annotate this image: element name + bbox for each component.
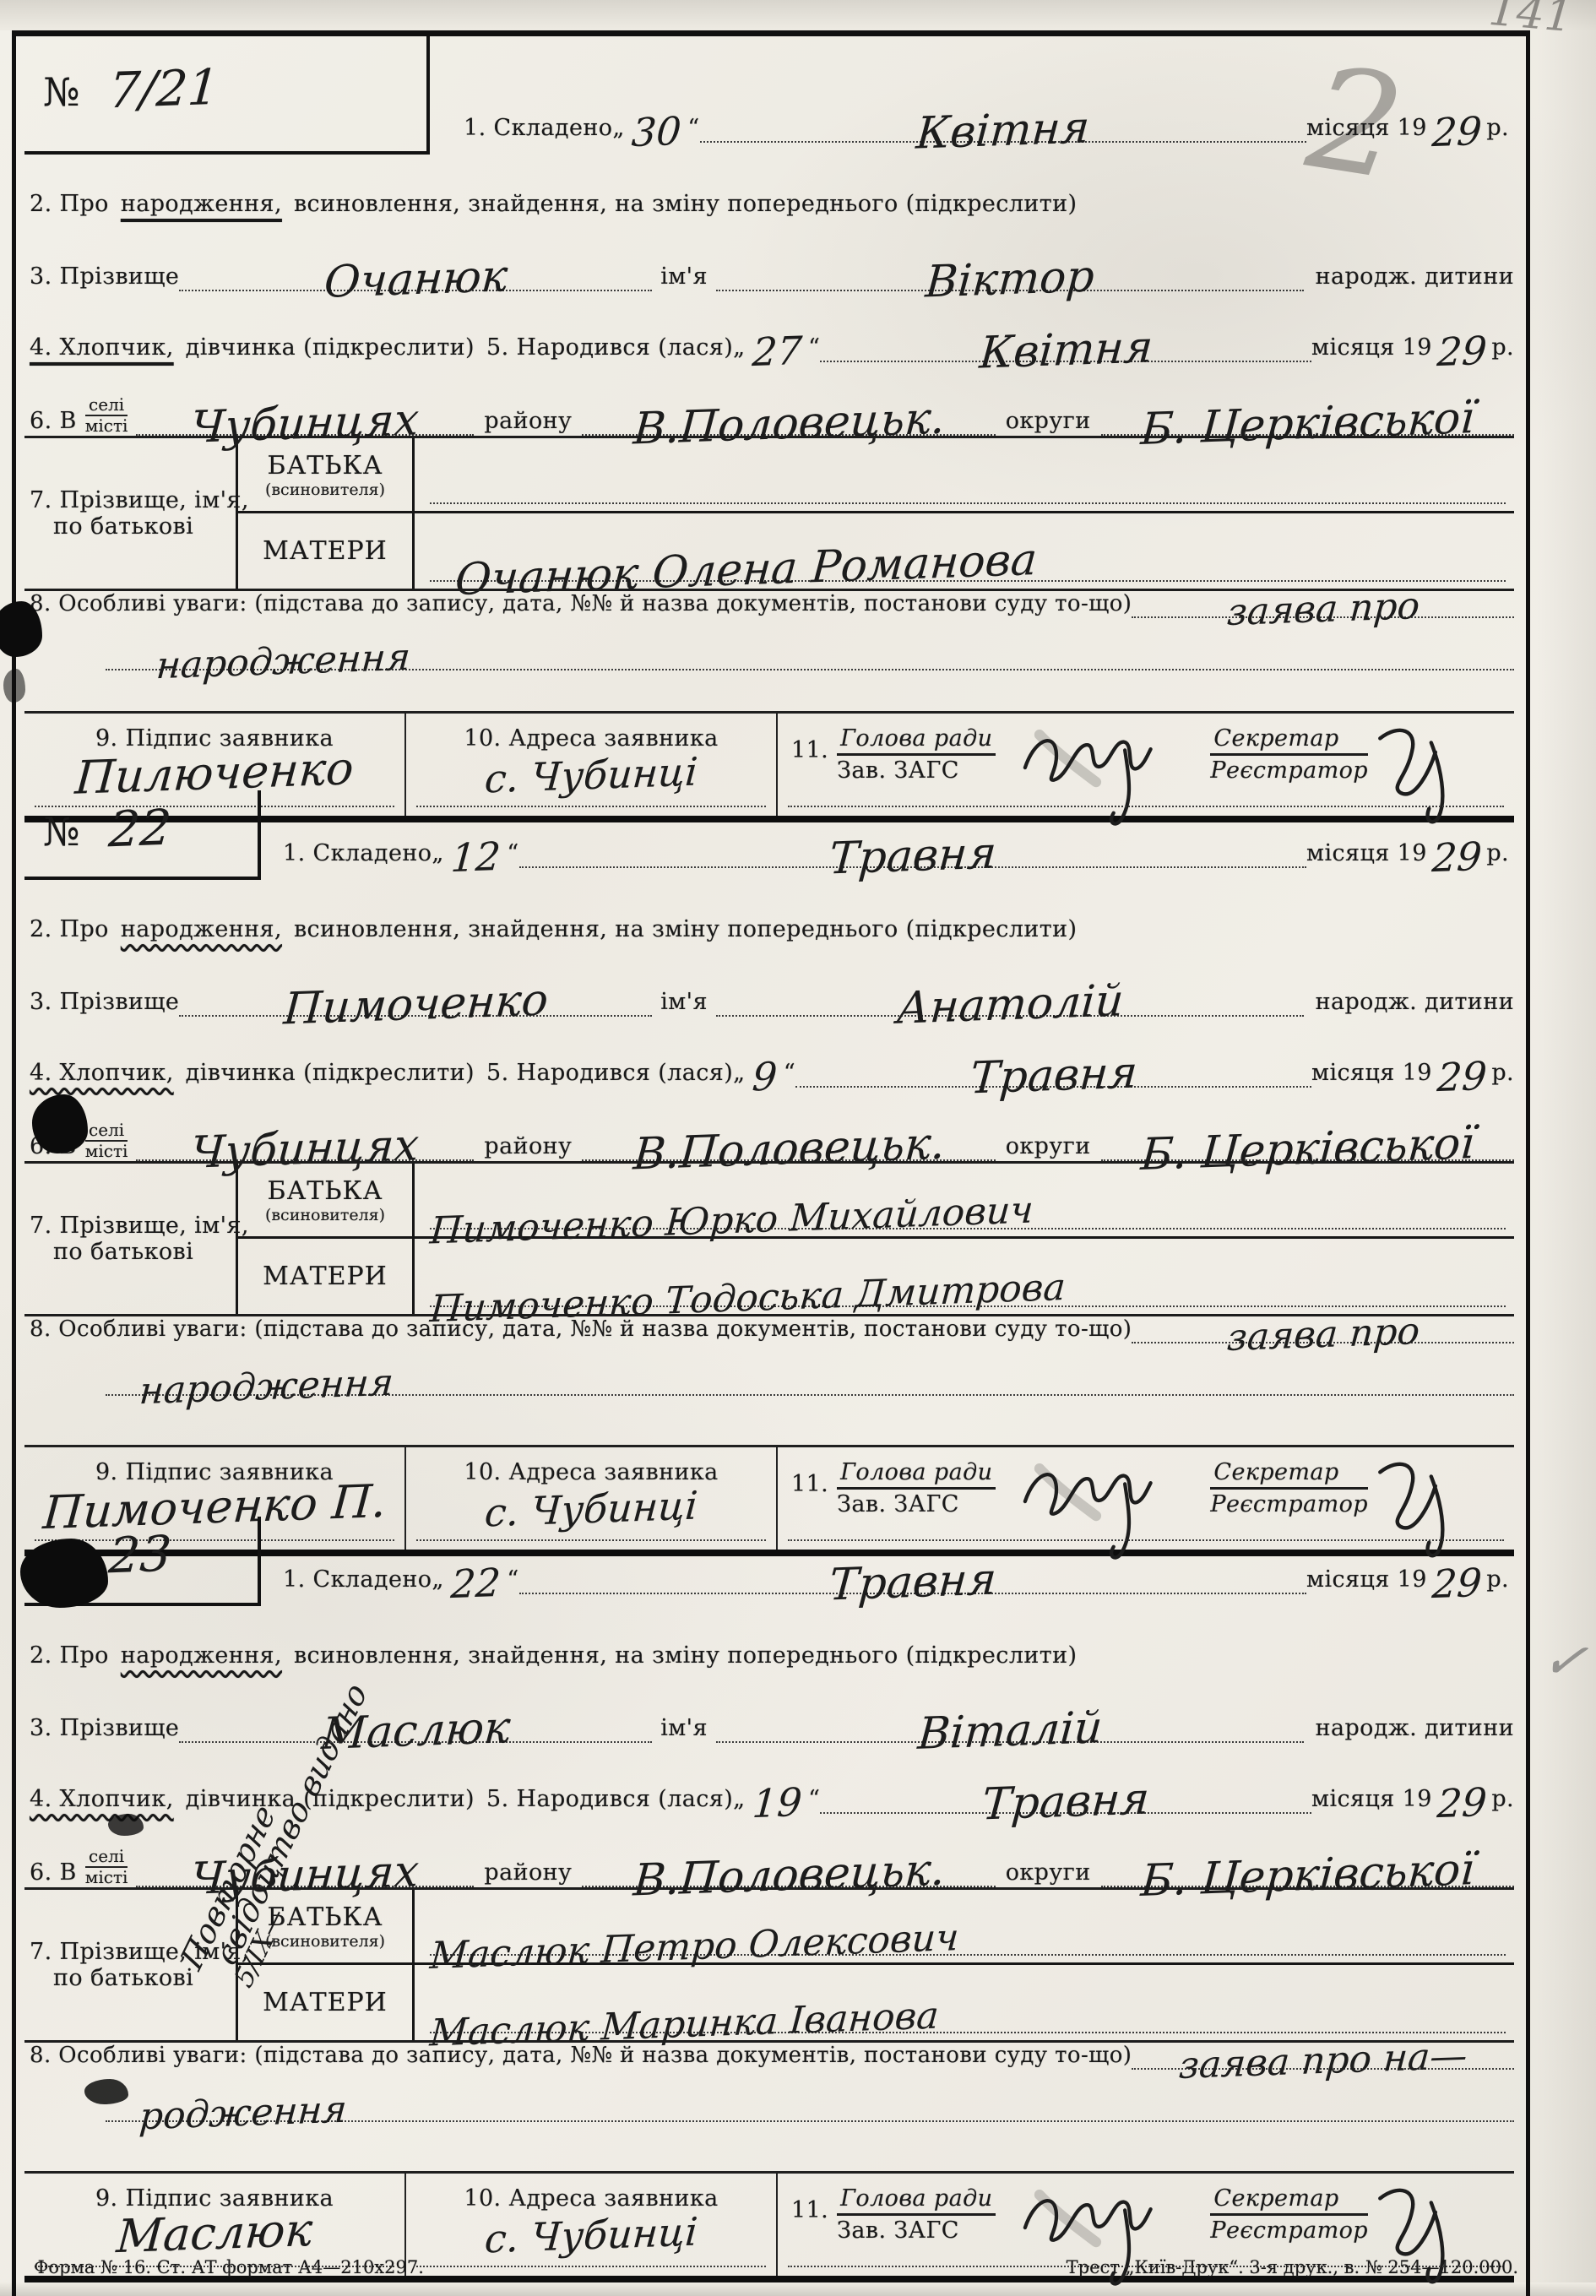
quote-close: “ xyxy=(784,1060,795,1088)
sex-birthdate-row: 4. Хлопчик, дівчинка (підкреслити) 5. На… xyxy=(24,291,1514,362)
record-type-row: 2. Про народження, всиновлення, знайденн… xyxy=(24,880,1514,944)
village-town-fraction: селі місті xyxy=(85,1121,128,1161)
record-number-value: 22 xyxy=(107,806,172,852)
record-1-header-row: № 7/21 1. Складено „ 30 “ Квітня місяця … xyxy=(24,36,1514,155)
girl-label: дівчинка (підкреслити) xyxy=(186,1786,475,1814)
remark-line2-fill: народження xyxy=(106,645,1514,670)
quote-close: “ xyxy=(687,115,699,143)
record-2: № 22 1. Складено „ 12 “ Травня місяця 19… xyxy=(24,790,1514,1517)
made-label: 1. Складено xyxy=(283,1566,432,1594)
year-r-label: р. xyxy=(1486,840,1509,868)
head-of-council-stack: Голова ради Зав. ЗАГС xyxy=(837,1459,996,1517)
month-19-label: місяця 19 xyxy=(1306,1566,1427,1594)
quote-open: „ xyxy=(432,840,443,868)
record-type-row: 2. Про народження, всиновлення, знайденн… xyxy=(24,1606,1514,1670)
row2-rest: всиновлення, знайдення, на зміну поперед… xyxy=(294,1642,1078,1670)
registrar-label: Реєстратор xyxy=(1210,1490,1368,1517)
town-word: місті xyxy=(85,1868,128,1887)
okruha-line: Б. Церківської xyxy=(1101,1130,1514,1161)
girl-label: дівчинка (підкреслити) xyxy=(186,1060,475,1088)
quote-open: „ xyxy=(733,1060,745,1088)
mother-line: Пимоченко Тодоська Дмитрова xyxy=(430,1282,1506,1307)
village-town-fraction: селі місті xyxy=(85,1847,128,1887)
surname-line: Маслюк xyxy=(179,1712,652,1743)
made-label: 1. Складено xyxy=(283,840,432,868)
place-row: 6. В селі місті Чубинцях району В.Полове… xyxy=(24,1088,1514,1164)
quote-open: „ xyxy=(612,115,624,143)
made-year-value: 29 xyxy=(1430,114,1482,151)
mother-word: МАТЕРИ xyxy=(263,536,388,566)
head-of-council-label: Голова ради xyxy=(837,2185,996,2216)
parents-label-line2: по батькові xyxy=(30,1239,236,1265)
applicant-address-value: с. Чубинці xyxy=(484,2215,699,2257)
row2-birth-underlined: народження, xyxy=(121,916,282,944)
father-word: БАТЬКА xyxy=(268,1176,383,1206)
registrar-label: Реєстратор xyxy=(1210,756,1368,784)
remark-line1-fill: заява про xyxy=(1132,1318,1514,1343)
parents-row: 7. Прізвище, ім'я, по батькові БАТЬКА (в… xyxy=(24,438,1514,591)
ink-blot xyxy=(20,1539,108,1608)
registrar-label: Реєстратор xyxy=(1210,2216,1368,2244)
ink-smudge xyxy=(108,1814,144,1836)
surname-label: 3. Прізвище xyxy=(30,989,179,1017)
month-19-label: місяця 19 xyxy=(1306,115,1427,143)
secretary-stack: Секретар Реєстратор xyxy=(1210,2185,1368,2244)
okruha-label: округи xyxy=(1006,1859,1091,1887)
born-month-line: Травня xyxy=(820,1783,1311,1814)
remark-line2-value: народження xyxy=(155,641,412,683)
number-sign: № xyxy=(43,809,80,855)
made-month-line: Квітня xyxy=(700,111,1307,143)
form-imprint: Форма № 16. Ст. АТ формат А4—210x297. Тр… xyxy=(12,2257,1530,2277)
remark-line1-fill: заява про на— xyxy=(1132,2044,1514,2070)
village-town-fraction: селі місті xyxy=(85,395,128,436)
zags-label: Зав. ЗАГС xyxy=(837,2216,996,2244)
year-r-label: р. xyxy=(1486,115,1509,143)
row2-pre: 2. Про xyxy=(30,916,109,944)
row2-pre: 2. Про xyxy=(30,191,109,219)
name-label: ім'я xyxy=(660,263,708,291)
village-word: селі xyxy=(85,395,128,416)
imprint-right: Трест „Київ-Друк“. 3-я друк., в. № 254—1… xyxy=(1067,2257,1518,2277)
mother-line: Очанюк Олена Романова xyxy=(430,551,1506,582)
place-row: 6. В селі місті Чубинцях району В.Полове… xyxy=(24,1814,1514,1890)
village-value: Чубинцях xyxy=(190,400,421,448)
mother-value-cell: Пимоченко Тодоська Дмитрова xyxy=(415,1239,1514,1314)
district-line: В.Половецьк. xyxy=(582,404,995,436)
name-label: ім'я xyxy=(660,989,708,1017)
okruha-label: округи xyxy=(1006,408,1091,436)
made-month-line: Травня xyxy=(519,1563,1307,1594)
made-month-value: Квітня xyxy=(915,109,1091,155)
village-word: селі xyxy=(85,1121,128,1142)
made-month-line: Травня xyxy=(519,837,1307,868)
made-year-value: 29 xyxy=(1430,1566,1482,1603)
quote-close: “ xyxy=(507,1566,518,1594)
born-month-line: Травня xyxy=(795,1056,1311,1088)
year-r-label: р. xyxy=(1491,334,1514,362)
child-label: народж. дитини xyxy=(1316,989,1514,1017)
row2-rest: всиновлення, знайдення, на зміну поперед… xyxy=(294,916,1078,944)
town-word: місті xyxy=(85,1142,128,1161)
month-19-label: місяця 19 xyxy=(1311,1786,1432,1814)
in-label: 6. В xyxy=(30,408,77,436)
head-of-council-stack: Голова ради Зав. ЗАГС xyxy=(837,2185,996,2244)
scan-edge-top xyxy=(0,0,1596,30)
date-made-line: 1. Складено „ 12 “ Травня місяця 19 29 р… xyxy=(261,790,1514,880)
father-line: Маслюк Петро Олексович xyxy=(430,1930,1506,1956)
parents-label-line1: 7. Прізвище, ім'я, xyxy=(30,1213,236,1239)
born-label: 5. Народився (лася) xyxy=(486,1786,733,1814)
secretary-stack: Секретар Реєстратор xyxy=(1210,1459,1368,1517)
father-line xyxy=(430,502,1506,504)
child-name-row: 3. Прізвище Маслюк ім'я Віталій народж. … xyxy=(24,1670,1514,1743)
remark-line1-value: заява про на— xyxy=(1178,2039,1468,2083)
ink-blot xyxy=(32,1094,88,1153)
parents-label: 7. Прізвище, ім'я, по батькові xyxy=(24,1164,236,1314)
secretary-label: Секретар xyxy=(1210,725,1368,756)
record-number-value: 23 xyxy=(107,1532,172,1578)
head-of-council-label: Голова ради xyxy=(837,725,996,756)
quote-close: “ xyxy=(808,1786,820,1814)
district-label: району xyxy=(484,1133,572,1161)
place-row: 6. В селі місті Чубинцях району В.Полове… xyxy=(24,362,1514,438)
applicant-address-label: 10. Адреса заявника xyxy=(464,2185,718,2212)
item-11-label: 11. xyxy=(791,1471,828,1497)
district-line: В.Половецьк. xyxy=(582,1130,995,1161)
village-line: Чубинцях xyxy=(136,1856,474,1887)
quote-open: „ xyxy=(432,1566,443,1594)
head-of-council-label: Голова ради xyxy=(837,1459,996,1490)
remarks-row: 8. Особливі уваги: (підстава до запису, … xyxy=(24,2043,1514,2171)
applicant-address-label: 10. Адреса заявника xyxy=(464,1459,718,1485)
surname-line: Очанюк xyxy=(179,260,652,291)
mother-value-cell: Очанюк Олена Романова xyxy=(415,513,1514,589)
remark-line1-value: заява про xyxy=(1225,589,1420,630)
remark-line2-fill: народження xyxy=(106,1371,1514,1396)
girl-label: дівчинка (підкреслити) xyxy=(186,334,475,362)
district-label: району xyxy=(484,1859,572,1887)
name-line: Анатолій xyxy=(716,985,1304,1017)
remarks-row: 8. Особливі уваги: (підстава до запису, … xyxy=(24,591,1514,711)
ink-smudge xyxy=(3,669,25,703)
mother-line: Маслюк Маринка Іванова xyxy=(430,2008,1506,2033)
remark-line2-value: народження xyxy=(138,1366,395,1409)
made-label: 1. Складено xyxy=(464,115,612,143)
imprint-left: Форма № 16. Ст. АТ формат А4—210x297. xyxy=(34,2257,424,2277)
name-label: ім'я xyxy=(660,1715,708,1743)
zags-label: Зав. ЗАГС xyxy=(837,1490,996,1517)
year-r-label: р. xyxy=(1486,1566,1509,1594)
form-frame: № 7/21 1. Складено „ 30 “ Квітня місяця … xyxy=(12,30,1530,2296)
child-label: народж. дитини xyxy=(1316,263,1514,291)
made-month-value: Травня xyxy=(828,1561,997,1606)
date-made-line: 1. Складено „ 22 “ Травня місяця 19 29 р… xyxy=(261,1517,1514,1606)
record-3-header-row: № 23 1. Складено „ 22 “ Травня місяця 19… xyxy=(24,1517,1514,1606)
born-label: 5. Народився (лася) xyxy=(486,334,733,362)
okruha-line: Б. Церківської xyxy=(1101,1856,1514,1887)
sex-birthdate-row: 4. Хлопчик, дівчинка (підкреслити) 5. На… xyxy=(24,1743,1514,1814)
village-value: Чубинцях xyxy=(190,1126,421,1173)
boy-label-underlined: 4. Хлопчик, xyxy=(30,1060,174,1088)
child-label: народж. дитини xyxy=(1316,1715,1514,1743)
remark-line1-value: заява про xyxy=(1225,1315,1420,1355)
record-1: № 7/21 1. Складено „ 30 “ Квітня місяця … xyxy=(24,36,1514,790)
record-number-value: 7/21 xyxy=(107,65,220,113)
month-19-label: місяця 19 xyxy=(1311,334,1432,362)
quote-open: „ xyxy=(733,334,745,362)
boy-label-underlined: 4. Хлопчик, xyxy=(30,1786,174,1814)
remarks-row: 8. Особливі уваги: (підстава до запису, … xyxy=(24,1316,1514,1445)
mother-header: МАТЕРИ xyxy=(236,1239,415,1314)
made-day-value: 22 xyxy=(449,1566,501,1603)
parents-label-line2: по батькові xyxy=(30,513,236,540)
year-r-label: р. xyxy=(1491,1060,1514,1088)
born-month-line: Квітня xyxy=(820,331,1311,362)
zags-label: Зав. ЗАГС xyxy=(837,756,996,784)
surname-label: 3. Прізвище xyxy=(30,1715,179,1743)
village-line: Чубинцях xyxy=(136,1130,474,1161)
father-value-cell xyxy=(415,438,1514,513)
remark-line2-fill: родження xyxy=(106,2097,1514,2122)
sex-birthdate-row: 4. Хлопчик, дівчинка (підкреслити) 5. На… xyxy=(24,1017,1514,1088)
surname-line: Пимоченко xyxy=(179,985,652,1017)
district-line: В.Половецьк. xyxy=(582,1856,995,1887)
made-day-value: 30 xyxy=(630,114,681,151)
made-day-value: 12 xyxy=(449,839,501,877)
year-r-label: р. xyxy=(1491,1786,1514,1814)
parents-label: 7. Прізвище, ім'я, по батькові xyxy=(24,438,236,589)
row2-birth-underlined: народження, xyxy=(121,1642,282,1670)
father-value-cell: Маслюк Петро Олексович xyxy=(415,1890,1514,1965)
secretary-label: Секретар xyxy=(1210,1459,1368,1490)
secretary-label: Секретар xyxy=(1210,2185,1368,2216)
record-number-box: № 7/21 xyxy=(24,36,430,155)
parents-row: 7. Прізвище, ім'я, по батькові БАТЬКА (в… xyxy=(24,1164,1514,1316)
scanned-registry-page: 141 2 № 7/21 1. Складено „ 30 “ Квітня м… xyxy=(0,0,1596,2296)
record-3: Повторне свідоцтво видано 5/ІХ— № 23 1. … xyxy=(24,1517,1514,2245)
record-number-box: № 22 xyxy=(24,790,261,880)
made-year-value: 29 xyxy=(1430,839,1482,877)
village-line: Чубинцях xyxy=(136,404,474,436)
mother-word: МАТЕРИ xyxy=(263,1262,388,1291)
record-type-row: 2. Про народження, всиновлення, знайденн… xyxy=(24,155,1514,219)
remark-line2-value: родження xyxy=(138,2093,348,2134)
item-11-label: 11. xyxy=(791,2197,828,2223)
item-11-label: 11. xyxy=(791,737,828,763)
okruha-line: Б. Церківської xyxy=(1101,404,1514,436)
mother-value-cell: Маслюк Маринка Іванова xyxy=(415,1965,1514,2040)
pencil-checkmark: ✓ xyxy=(1538,1627,1591,1696)
number-sign: № xyxy=(43,69,80,115)
surname-label: 3. Прізвище xyxy=(30,263,179,291)
adopter-word: (всиновителя) xyxy=(265,1206,385,1224)
applicant-signature-value: Маслюк xyxy=(115,2210,313,2258)
month-19-label: місяця 19 xyxy=(1311,1060,1432,1088)
month-19-label: місяця 19 xyxy=(1306,840,1427,868)
father-line: Пимоченко Юрко Михайлович xyxy=(430,1204,1506,1229)
mother-header: МАТЕРИ xyxy=(236,513,415,589)
ink-smudge xyxy=(84,2079,128,2104)
name-line: Віктор xyxy=(716,260,1304,291)
father-value-cell: Пимоченко Юрко Михайлович xyxy=(415,1164,1514,1239)
village-word: селі xyxy=(85,1847,128,1868)
name-line: Віталій xyxy=(716,1712,1304,1743)
row2-rest: всиновлення, знайдення, на зміну поперед… xyxy=(294,191,1078,219)
head-of-council-stack: Голова ради Зав. ЗАГС xyxy=(837,725,996,784)
village-value: Чубинцях xyxy=(190,1852,421,1899)
in-label: 6. В xyxy=(30,1859,77,1887)
parents-label-line1: 7. Прізвище, ім'я, xyxy=(30,487,236,513)
scan-edge-right xyxy=(1537,0,1596,2296)
child-name-row: 3. Прізвище Пимоченко ім'я Анатолій наро… xyxy=(24,944,1514,1017)
made-month-value: Травня xyxy=(828,834,997,880)
okruha-label: округи xyxy=(1006,1133,1091,1161)
born-label: 5. Народився (лася) xyxy=(486,1060,733,1088)
row2-pre: 2. Про xyxy=(30,1642,109,1670)
record-2-header-row: № 22 1. Складено „ 12 “ Травня місяця 19… xyxy=(24,790,1514,880)
secretary-stack: Секретар Реєстратор xyxy=(1210,725,1368,784)
applicant-address-label: 10. Адреса заявника xyxy=(464,725,718,752)
quote-close: “ xyxy=(507,840,518,868)
date-made-line: 1. Складено „ 30 “ Квітня місяця 19 29 р… xyxy=(430,36,1514,155)
town-word: місті xyxy=(85,416,128,436)
district-label: району xyxy=(484,408,572,436)
remark-line1-fill: заява про xyxy=(1132,593,1514,618)
quote-close: “ xyxy=(808,334,820,362)
adopter-word: (всиновителя) xyxy=(265,480,385,499)
quote-open: „ xyxy=(733,1786,745,1814)
child-name-row: 3. Прізвище Очанюк ім'я Віктор народж. д… xyxy=(24,219,1514,291)
boy-label-underlined: 4. Хлопчик, xyxy=(30,334,174,362)
mother-word: МАТЕРИ xyxy=(263,1988,388,2017)
father-word: БАТЬКА xyxy=(268,451,383,480)
row2-birth-underlined: народження, xyxy=(121,191,282,219)
